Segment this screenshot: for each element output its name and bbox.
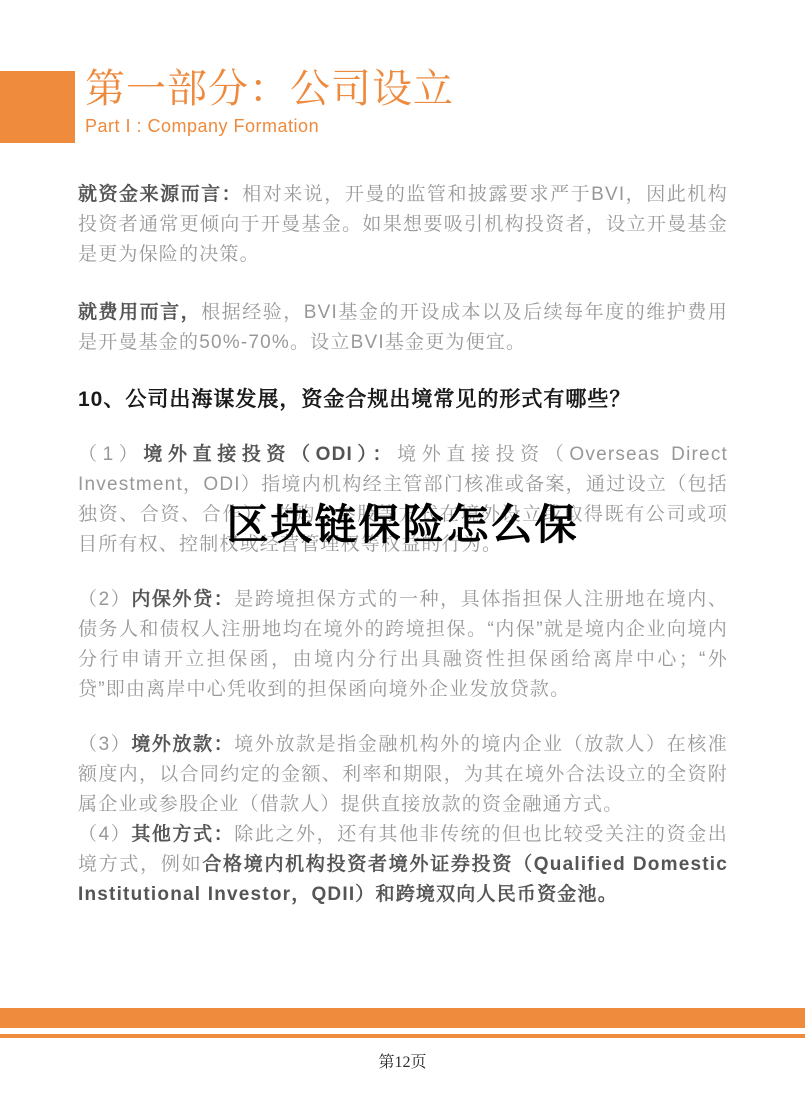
section-heading-q10: 10、公司出海谋发展，资金合规出境常见的形式有哪些？ [78, 385, 728, 415]
document-page: 第一部分：公司设立 Part I : Company Formation 就资金… [0, 0, 805, 1100]
overlay-watermark-text: 区块链保险怎么保 [0, 492, 805, 552]
item-other-methods: （4）其他方式：除此之外，还有其他非传统的但也比较受关注的资金出境方式，例如合格… [78, 820, 728, 910]
page-title: 第一部分：公司设立 [85, 66, 454, 112]
document-body: 就资金来源而言：相对来说，开曼的监管和披露要求严于BVI，因此机构投资者通常更倾… [78, 180, 728, 935]
page-subtitle: Part I : Company Formation [85, 116, 454, 137]
page-number: 第12页 [0, 1049, 805, 1072]
footer-divider-thin [0, 1034, 805, 1038]
item-overseas-lending: （3）境外放款：境外放款是指金融机构外的境内企业（放款人）在核准额度内，以合同约… [78, 730, 728, 820]
paragraph-funding-source: 就资金来源而言：相对来说，开曼的监管和披露要求严于BVI，因此机构投资者通常更倾… [78, 180, 728, 270]
header: 第一部分：公司设立 Part I : Company Formation [85, 66, 454, 137]
header-accent-square [0, 71, 75, 143]
item-neibao-waidai: （2）内保外贷：是跨境担保方式的一种，具体指担保人注册地在境内、债务人和债权人注… [78, 585, 728, 705]
paragraph-cost: 就费用而言，根据经验，BVI基金的开设成本以及后续每年度的维护费用是开曼基金的5… [78, 298, 728, 358]
footer-divider-thick [0, 1008, 805, 1028]
